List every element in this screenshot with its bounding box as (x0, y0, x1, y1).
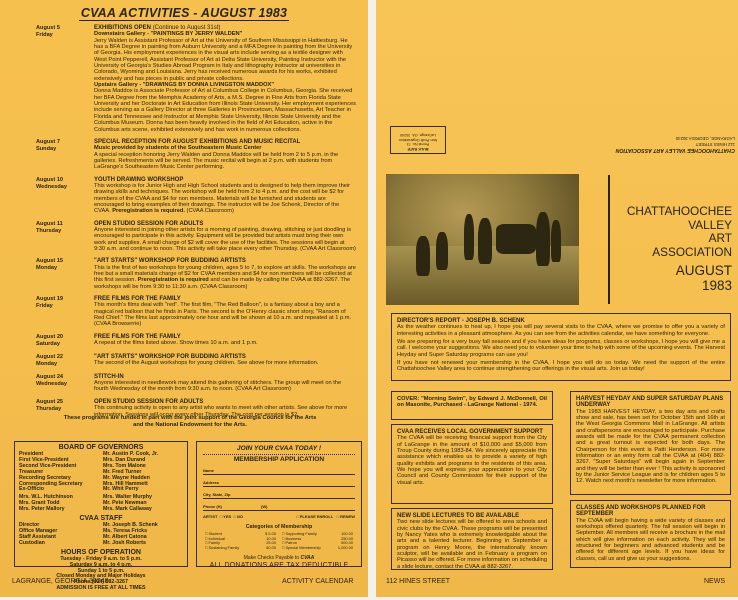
directors-report: DIRECTOR'S REPORT - JOSEPH B. SCHENK As … (391, 313, 731, 381)
checks-note: Make Checks Payable to CVAA (197, 555, 361, 561)
admission-note: ADMISSION IS FREE AT ALL TIMES (15, 586, 187, 592)
board-row: CustodianMr. Josh Roberts (15, 541, 187, 547)
event-date: August 22Monday (36, 354, 94, 368)
event-date: August 19Friday (36, 296, 94, 328)
join-heading: JOIN YOUR CVAA TODAY ! (197, 445, 361, 452)
event-body: OPEN STUDIO SESSION FOR ADULTS Anyone in… (94, 221, 356, 253)
event-date: August 5Friday (36, 25, 94, 133)
event-body: STITCH-IN Anyone interested in needlewor… (94, 374, 356, 393)
right-footer-address: 112 HINES STREET (386, 578, 450, 585)
application-title: MEMBERSHIP APPLICATION (197, 456, 361, 463)
issue-date: AUGUST1983 (676, 264, 732, 293)
event-list: August 5FridayEXHIBITIONS OPEN (Continue… (36, 25, 356, 424)
event-date: August 10Wednesday (36, 177, 94, 215)
member-list: Mrs. W.L. HutchinsonMrs. Walter MurphyMr… (15, 495, 187, 513)
calendar-event: August 10WednesdayYOUTH DRAWING WORKSHOP… (36, 177, 356, 215)
event-body: "ART STARTS" WORKSHOP FOR BUDDING ARTIST… (94, 354, 356, 368)
event-date: August 20Saturday (36, 334, 94, 348)
membership-category[interactable]: □ Special Membership1,000.00 (282, 546, 353, 551)
right-footer-label: NEWS (704, 578, 725, 585)
event-body: SPECIAL RECEPTION FOR AUGUST EXHIBITIONS… (94, 139, 356, 171)
staff-title: CVAA STAFF (15, 515, 187, 522)
calendar-event: August 15Monday"ART STARTS" WORKSHOP FOR… (36, 258, 356, 290)
city-state-zip-field[interactable]: City, State, Zip (203, 487, 355, 499)
calendar-event: August 5FridayEXHIBITIONS OPEN (Continue… (36, 25, 356, 133)
calendar-title: CVAA ACTIVITIES - AUGUST 1983 (0, 6, 368, 20)
enrollment-choices: ARTIST □ YES □ NO □ PLEASE ENROLL □ RENE… (203, 514, 355, 519)
renew-checkbox[interactable]: □ RENEW (337, 514, 355, 519)
yes-checkbox[interactable]: □ YES (220, 514, 231, 519)
event-date: August 11Thursday (36, 221, 94, 253)
classes-workshops-article: CLASSES AND WORKSHOPS PLANNED FOR SEPTEM… (570, 500, 731, 568)
masthead-divider (608, 175, 610, 304)
calendar-event: August 22Monday"ART STARTS" WORKSHOP FOR… (36, 354, 356, 368)
left-footer-address: LAGRANGE, GEORGIA 30240 (12, 578, 109, 585)
harvest-heyday-article: HARVEST HEYDAY AND SUPER SATURDAY PLANS … (570, 391, 731, 495)
cover-painting-image (386, 174, 579, 305)
event-body: FREE FILMS FOR THE FAMILY A repeat of th… (94, 334, 356, 348)
board-row: Mrs. Peter MalloryMrs. Mark Callaway (15, 507, 187, 513)
calendar-event: August 24WednesdaySTITCH-IN Anyone inter… (36, 374, 356, 393)
return-address: CHATTAHOOCHEE VALLEY ART ASSOCIATION 112… (575, 135, 735, 153)
tax-deductible-note: ALL DONATIONS ARE TAX DEDUCTIBLE (197, 562, 361, 569)
membership-category[interactable]: □ Sustaining Family50.00 (205, 546, 276, 551)
calendar-event: August 7SundaySPECIAL RECEPTION FOR AUGU… (36, 139, 356, 171)
left-footer-label: ACTIVITY CALENDAR (282, 578, 353, 585)
event-body: FREE FILMS FOR THE FAMILY This month's f… (94, 296, 356, 328)
address-field[interactable]: Address (203, 475, 355, 487)
board-row: Ex-OfficioMr. Whit Perry (15, 487, 187, 493)
officer-list: PresidentMr. Austin P. Cook, Jr.First Vi… (15, 452, 187, 493)
membership-categories: □ Student$ 5.00□ Supporting Family100.00… (205, 532, 353, 551)
categories-title: Categories of Membership (197, 524, 361, 530)
event-body: EXHIBITIONS OPEN (Continue to August 31s… (94, 25, 356, 133)
name-field[interactable]: Name (203, 463, 355, 475)
calendar-event: August 20SaturdayFREE FILMS FOR THE FAMI… (36, 334, 356, 348)
board-of-governors-box: BOARD OF GOVERNORS PresidentMr. Austin P… (14, 441, 188, 567)
organization-name: CHATTAHOOCHEEVALLEYARTASSOCIATION (627, 205, 732, 259)
enroll-checkbox[interactable]: □ PLEASE ENROLL (296, 514, 333, 519)
hours-title: HOURS OF OPERATION (15, 549, 187, 556)
cover-credit: COVER: "Morning Swim", by Edward J. McDo… (391, 391, 553, 420)
event-body: "ART STARTS" WORKSHOP FOR BUDDING ARTIST… (94, 258, 356, 290)
event-body: YOUTH DRAWING WORKSHOP This workshop is … (94, 177, 356, 215)
membership-application: JOIN YOUR CVAA TODAY ! MEMBERSHIP APPLIC… (196, 441, 362, 567)
board-title: BOARD OF GOVERNORS (15, 444, 187, 451)
calendar-event: August 11ThursdayOPEN STUDIO SESSION FOR… (36, 221, 356, 253)
event-date: August 7Sunday (36, 139, 94, 171)
phone-field[interactable]: Phone (H)(W) (203, 499, 355, 511)
slide-lectures-article: NEW SLIDE LECTURES TO BE AVAILABLE Two n… (391, 508, 553, 570)
staff-list: DirectorMr. Joseph B. SchenkOffice Manag… (15, 523, 187, 547)
calendar-event: August 19FridayFREE FILMS FOR THE FAMILY… (36, 296, 356, 328)
no-checkbox[interactable]: □ NO (233, 514, 243, 519)
bulk-rate-permit: BULK RATE Permit No. 73 Non-Profit Organ… (390, 126, 446, 154)
government-support-article: CVAA RECEIVES LOCAL GOVERNMENT SUPPORT T… (391, 424, 553, 504)
event-date: August 15Monday (36, 258, 94, 290)
funding-note: These programs are funded in part with t… (60, 415, 320, 429)
dotted-divider (203, 454, 355, 455)
event-date: August 24Wednesday (36, 374, 94, 393)
